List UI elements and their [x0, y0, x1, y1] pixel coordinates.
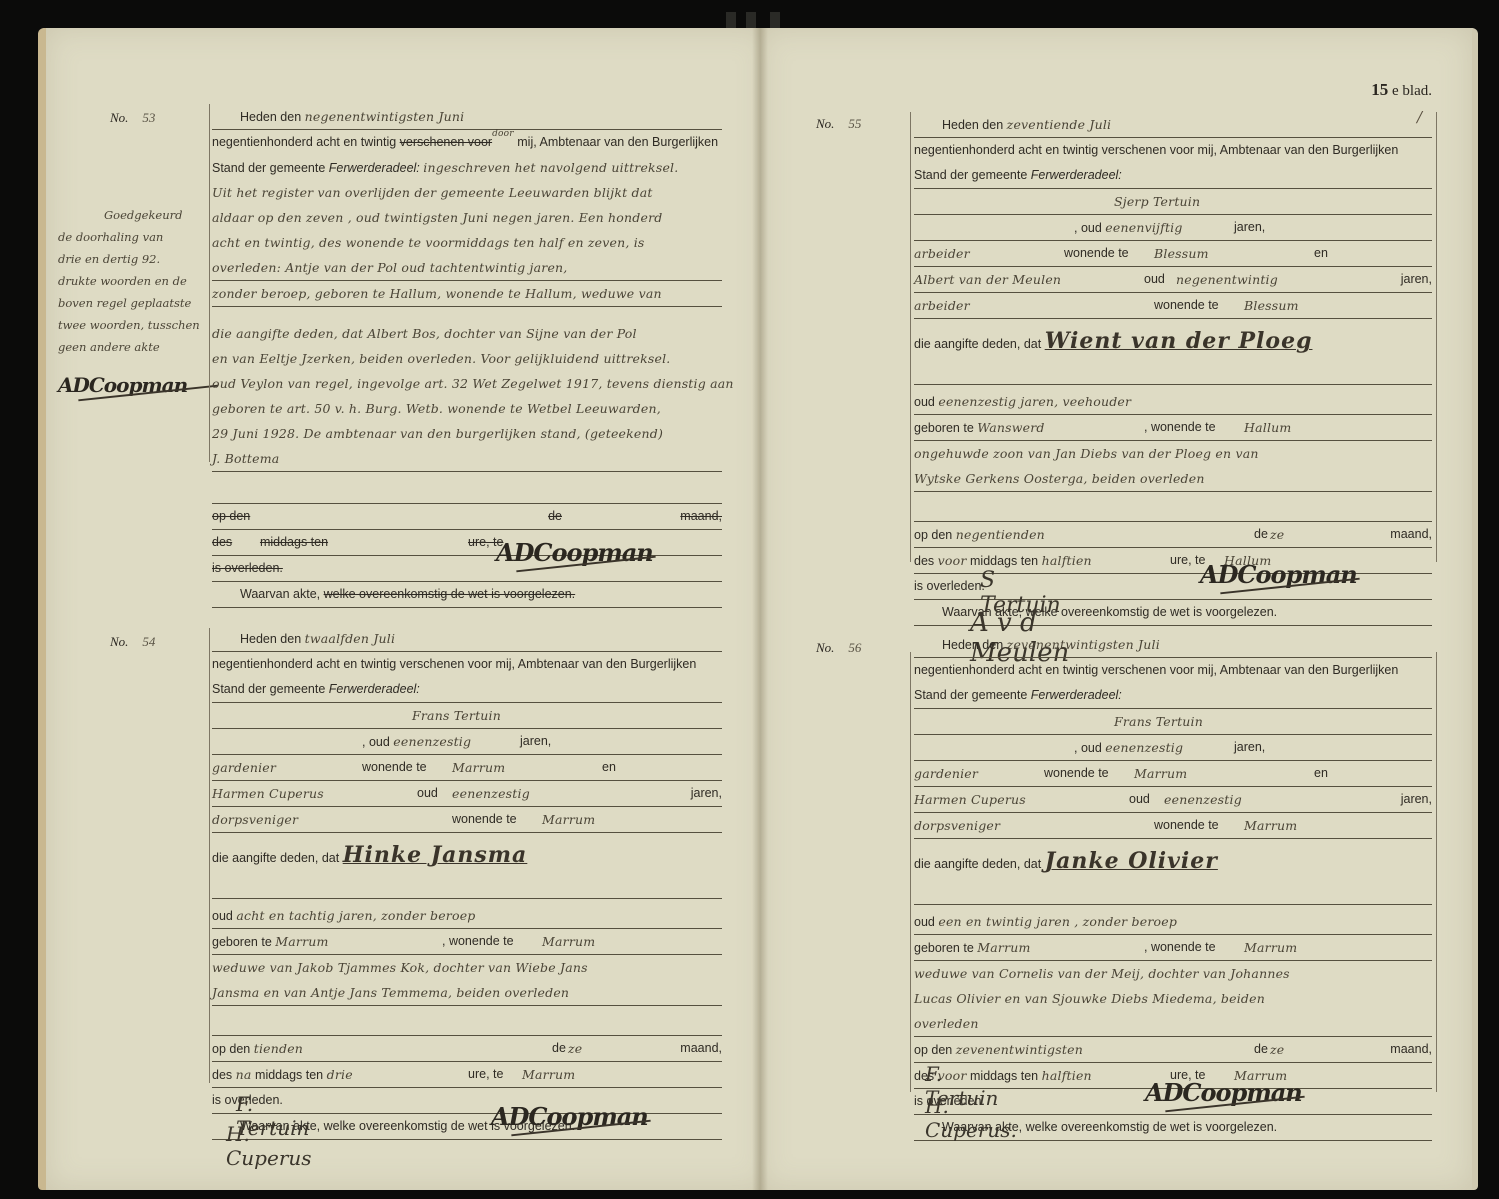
form-text: wonende te: [362, 755, 427, 780]
form-text: de: [552, 1036, 566, 1061]
death-month-marker: ze: [1270, 522, 1284, 547]
form-text: geboren te: [212, 935, 272, 949]
death-day: negentienden: [956, 527, 1045, 542]
left-page: Goedgekeurd de doorhaling van drie en de…: [38, 28, 768, 1190]
deceased-name: Wient van der Ploeg: [1045, 328, 1313, 354]
form-text: en: [1314, 761, 1328, 786]
official-signature: ADCoopman: [1200, 560, 1357, 589]
form-text: de: [1254, 1037, 1268, 1062]
struck-text: is overleden.: [212, 561, 283, 575]
margin-note-line: boven regel geplaatste: [58, 292, 208, 314]
form-text: wonende te: [1154, 293, 1219, 318]
handwritten-text: oud Veylon van regel, ingevolge art. 32 …: [212, 376, 734, 391]
struck-text: middags ten: [260, 535, 328, 549]
witness1-name: Sjerp Tertuin: [914, 194, 1200, 209]
margin-note-line: drukte woorden en de: [58, 270, 208, 292]
record-number-value: 55: [848, 116, 861, 131]
column-rule: [1436, 652, 1437, 1092]
residence: Marrum: [1244, 935, 1297, 960]
form-text: oud: [914, 395, 935, 409]
residence: Hallum: [1244, 415, 1291, 440]
column-rule: [910, 652, 911, 1092]
death-month-marker: ze: [568, 1036, 582, 1061]
witness-signature: H. Cuperus.: [925, 1094, 1017, 1142]
form-text: op den: [914, 528, 952, 542]
witness1-name: Frans Tertuin: [212, 708, 501, 723]
form-text: Waarvan akte,: [212, 587, 320, 601]
witness2-age: eenenzestig: [1164, 787, 1242, 812]
family-text: weduwe van Jakob Tjammes Kok, dochter va…: [212, 960, 588, 975]
struck-text: de: [548, 504, 562, 529]
form-text: , oud: [914, 741, 1102, 755]
form-text: jaren,: [1234, 735, 1265, 760]
form-text: oud: [212, 909, 233, 923]
form-text: jaren,: [691, 781, 722, 806]
witness2-occupation: dorpsveniger: [914, 818, 1000, 833]
deceased-age-occupation: eenenzestig jaren, veehouder: [938, 394, 1131, 409]
record-number: No.53: [110, 110, 155, 126]
heden-label: Heden den: [212, 110, 301, 124]
binding-mark: [726, 12, 736, 28]
handwritten-text: acht en twintig, des wonende te voormidd…: [212, 235, 645, 250]
time-prefix: voor: [938, 553, 967, 568]
witness2-residence: Marrum: [542, 807, 595, 832]
handwritten-text: ingeschreven het navolgend uittreksel.: [423, 160, 678, 175]
heden-label: Heden den: [914, 638, 1003, 652]
form-text: de: [1254, 522, 1268, 547]
column-rule: [209, 628, 210, 1083]
witness1-residence: Marrum: [452, 755, 505, 780]
form-text: oud: [1144, 267, 1165, 292]
struck-text: des: [212, 535, 232, 549]
form-text: negentienhonderd acht en twintig versche…: [914, 663, 1398, 677]
deceased-name: Hinke Jansma: [343, 842, 528, 868]
record-number-value: 56: [848, 640, 861, 655]
form-text: , oud: [914, 221, 1102, 235]
form-text: negentienhonderd acht en twintig: [212, 135, 396, 149]
municipality: Ferwerderadeel:: [329, 161, 420, 175]
form-text: ure, te: [468, 1062, 503, 1087]
official-signature: ADCoopman: [491, 1102, 648, 1131]
witness2-residence: Marrum: [1244, 813, 1297, 838]
record-number: No.54: [110, 634, 155, 650]
handwritten-text: Uit het register van overlijden der geme…: [212, 185, 653, 200]
form-text: des: [212, 1068, 232, 1082]
form-text: die aangifte deden, dat: [212, 851, 339, 865]
margin-note-line: Goedgekeurd: [58, 204, 208, 226]
witness1-occupation: arbeider: [914, 246, 970, 261]
column-rule: [910, 112, 911, 562]
margin-note-line: drie en dertig 92.: [58, 248, 208, 270]
witness2-age: negenentwintig: [1176, 267, 1278, 292]
official-signature: ADCoopman: [496, 538, 653, 567]
deceased-age-occupation: een en twintig jaren , zonder beroep: [938, 914, 1177, 929]
form-text: jaren,: [1401, 267, 1432, 292]
witness2-name: Harmen Cuperus: [212, 786, 324, 801]
handwritten-text: die aangifte deden, dat Albert Bos, doch…: [212, 326, 637, 341]
birthplace: Wanswerd: [977, 420, 1044, 435]
record-number: No.55: [816, 116, 861, 132]
binding-mark: [770, 12, 780, 28]
death-day: tienden: [254, 1041, 303, 1056]
form-text: is overleden.: [914, 579, 985, 593]
margin-note-line: twee woorden, tusschen: [58, 314, 208, 336]
record-date: negenentwintigsten Juni: [305, 109, 465, 124]
form-text: Stand der gemeente: [914, 688, 1027, 702]
birthplace: Marrum: [275, 934, 328, 949]
residence: Marrum: [542, 929, 595, 954]
deceased-age-occupation: acht en tachtig jaren, zonder beroep: [236, 908, 475, 923]
form-text: maand,: [1390, 522, 1432, 547]
form-text: wonende te: [1064, 241, 1129, 266]
handwritten-text: 29 Juni 1928. De ambtenaar van den burge…: [212, 426, 663, 441]
family-text: Jansma en van Antje Jans Temmema, beiden…: [212, 985, 569, 1000]
record-form: Heden den zeventiende Juli negentienhond…: [914, 112, 1432, 626]
form-text: oud: [914, 915, 935, 929]
form-text: , wonende te: [442, 929, 514, 954]
handwritten-text: overleden: Antje van der Pol oud tachten…: [212, 260, 567, 275]
witness2-occupation: dorpsveniger: [212, 812, 298, 827]
record-number-value: 53: [142, 110, 155, 125]
struck-text: op den: [212, 509, 250, 523]
death-hour: halftien: [1042, 553, 1092, 568]
witness1-residence: Blessum: [1154, 241, 1209, 266]
deceased-name: Janke Olivier: [1045, 848, 1218, 874]
witness1-age: eenenzestig: [1105, 740, 1183, 755]
municipality: Ferwerderadeel:: [1031, 688, 1122, 702]
family-text: overleden: [914, 1016, 979, 1031]
margin-note-line: de doorhaling van: [58, 226, 208, 248]
page-number: 15 e blad.: [1371, 80, 1432, 100]
form-text: wonende te: [452, 807, 517, 832]
witness1-residence: Marrum: [1134, 761, 1187, 786]
family-text: Lucas Olivier en van Sjouwke Diebs Miede…: [914, 991, 1265, 1006]
record-number-value: 54: [142, 634, 155, 649]
margin-annotation: Goedgekeurd de doorhaling van drie en de…: [58, 204, 208, 396]
form-text: middags ten: [970, 554, 1038, 568]
form-text: oud: [417, 781, 438, 806]
witness2-name: Albert van der Meulen: [914, 272, 1061, 287]
record-number: No.56: [816, 640, 861, 656]
form-text: maand,: [1390, 1037, 1432, 1062]
form-text: jaren,: [1234, 215, 1265, 240]
struck-text: maand,: [680, 504, 722, 529]
witness2-residence: Blessum: [1244, 293, 1299, 318]
form-text: maand,: [680, 1036, 722, 1061]
form-text: op den: [212, 1042, 250, 1056]
form-text: oud: [1129, 787, 1150, 812]
form-text: wonende te: [1154, 813, 1219, 838]
death-month-marker: ze: [1270, 1037, 1284, 1062]
binding-mark: [746, 12, 756, 28]
form-text: mij, Ambtenaar van den Burgerlijken: [517, 135, 718, 149]
form-text: en: [1314, 241, 1328, 266]
family-text: ongehuwde zoon van Jan Diebs van der Plo…: [914, 446, 1259, 461]
witness2-occupation: arbeider: [914, 298, 970, 313]
record-date: zevenentwintigsten Juli: [1007, 637, 1160, 652]
form-text: Stand der gemeente: [914, 168, 1027, 182]
form-text: , wonende te: [1144, 935, 1216, 960]
book-gutter: [752, 28, 768, 1190]
form-text: jaren,: [1401, 787, 1432, 812]
form-text: middags ten: [255, 1068, 323, 1082]
witness-signature: H. Cuperus: [226, 1122, 312, 1170]
birthplace: Marrum: [977, 940, 1030, 955]
witness1-name: Frans Tertuin: [914, 714, 1203, 729]
form-text: op den: [914, 1043, 952, 1057]
record-form: Heden den twaalfden Juli negentienhonder…: [212, 626, 722, 1140]
handwritten-text: en van Eeltje Jzerken, beiden overleden.…: [212, 351, 670, 366]
death-hour: drie: [327, 1067, 353, 1082]
record-date: twaalfden Juli: [305, 631, 396, 646]
struck-text: welke overeenkomstig de wet is voorgelez…: [324, 587, 576, 601]
form-text: Stand der gemeente: [212, 161, 325, 175]
family-text: Wytske Gerkens Oosterga, beiden overlede…: [914, 471, 1205, 486]
form-text: jaren,: [520, 729, 551, 754]
handwritten-text: J. Bottema: [212, 451, 279, 466]
inserted-word: door: [492, 129, 514, 139]
margin-note-line: geen andere akte: [58, 336, 208, 358]
form-text: negentienhonderd acht en twintig versche…: [212, 657, 696, 671]
family-text: weduwe van Cornelis van der Meij, dochte…: [914, 966, 1290, 981]
time-prefix: na: [236, 1067, 252, 1082]
form-text: en: [602, 755, 616, 780]
right-page: 15 e blad. / No.55 Heden den zeventiende…: [760, 28, 1478, 1190]
record-date: zeventiende Juli: [1007, 117, 1112, 132]
municipality: Ferwerderadeel:: [329, 682, 420, 696]
witness1-age: eenenzestig: [393, 734, 471, 749]
witness1-occupation: gardenier: [212, 760, 276, 775]
death-hour: halftien: [1042, 1068, 1092, 1083]
death-day: zevenentwintigsten: [956, 1042, 1083, 1057]
form-text: , oud: [212, 735, 390, 749]
form-text: Stand der gemeente: [212, 682, 325, 696]
witness2-age: eenenzestig: [452, 781, 530, 806]
form-text: die aangifte deden, dat: [914, 337, 1041, 351]
heden-label: Heden den: [914, 118, 1003, 132]
handwritten-text: geboren te art. 50 v. h. Burg. Wetb. won…: [212, 401, 661, 416]
form-text: geboren te: [914, 941, 974, 955]
handwritten-text: aldaar op den zeven , oud twintigsten Ju…: [212, 210, 662, 225]
witness1-age: eenenvijftig: [1105, 220, 1182, 235]
form-text: , wonende te: [1144, 415, 1216, 440]
record-form: Heden den negenentwintigsten Juni negent…: [212, 104, 722, 608]
official-signature: ADCoopman: [1145, 1078, 1302, 1107]
form-text: wonende te: [1044, 761, 1109, 786]
municipality: Ferwerderadeel:: [1031, 168, 1122, 182]
form-text: geboren te: [914, 421, 974, 435]
form-text: welke overeenkomstig de wet is voorgelez…: [1026, 1120, 1278, 1134]
form-text: negentienhonderd acht en twintig versche…: [914, 143, 1398, 157]
margin-signature: ADCoopman: [58, 374, 208, 396]
struck-text: verschenen voor: [400, 135, 492, 149]
form-text: des: [914, 554, 934, 568]
witness1-occupation: gardenier: [914, 766, 978, 781]
column-rule: [209, 104, 210, 462]
heden-label: Heden den: [212, 632, 301, 646]
witness2-name: Harmen Cuperus: [914, 792, 1026, 807]
form-text: die aangifte deden, dat: [914, 857, 1041, 871]
handwritten-text: zonder beroep, geboren te Hallum, wonend…: [212, 286, 662, 301]
death-place: Marrum: [522, 1062, 575, 1087]
column-rule: [1436, 112, 1437, 562]
